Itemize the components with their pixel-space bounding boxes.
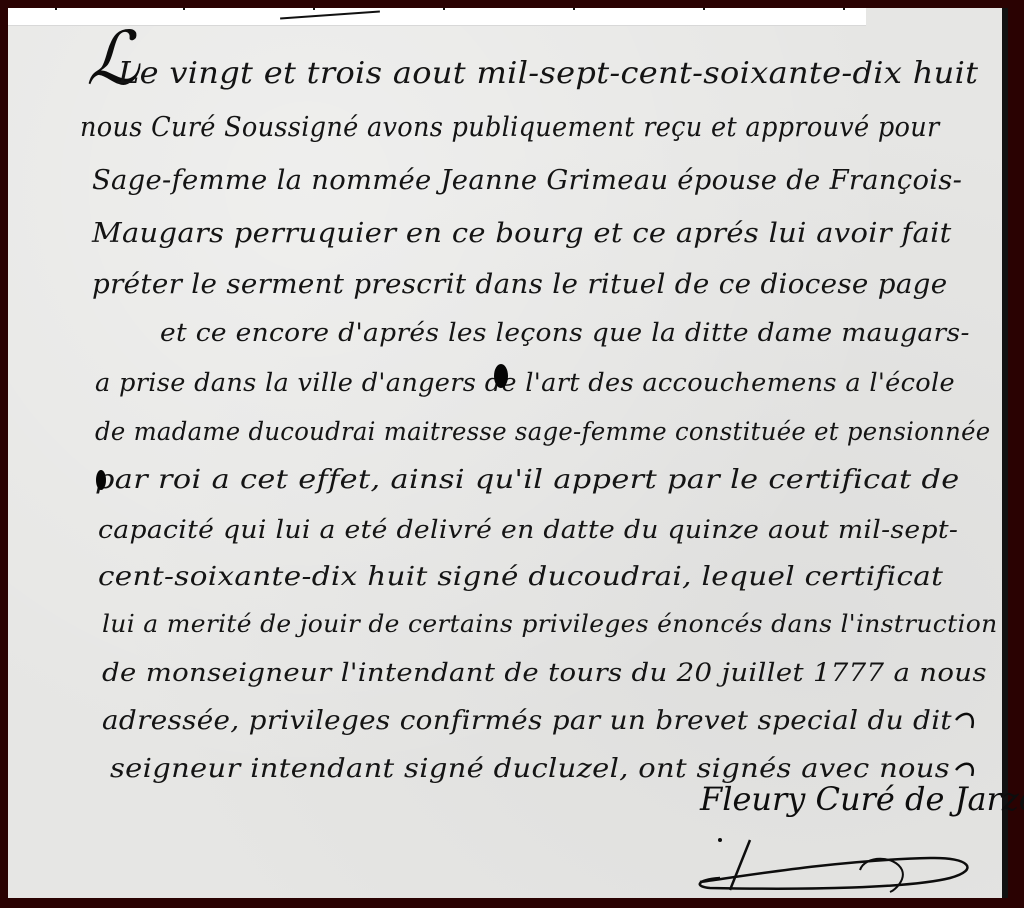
text-line-2: nous Curé Soussigné avons publiquement r… bbox=[80, 112, 940, 143]
ink-blot bbox=[96, 470, 106, 490]
text-line-10: capacité qui lui a eté delivré en datte … bbox=[98, 515, 958, 544]
ink-blot bbox=[494, 364, 508, 388]
strip-tick bbox=[703, 8, 705, 10]
text-line-7: a prise dans la ville d'angers de l'art … bbox=[95, 368, 955, 397]
text-line-5: préter le serment prescrit dans le ritue… bbox=[92, 269, 948, 300]
text-line-8: de madame ducoudrai maitresse sage-femme… bbox=[95, 417, 990, 446]
strip-tick bbox=[843, 8, 845, 10]
strip-tick bbox=[183, 8, 185, 10]
strip-tick bbox=[55, 8, 57, 10]
text-line-4: Maugars perruquier en ce bourg et ce apr… bbox=[92, 218, 952, 249]
strip-tick bbox=[443, 8, 445, 10]
text-line-14: adressée, privileges confirmés par un br… bbox=[102, 706, 952, 736]
text-line-9: par roi a cet effet, ainsi qu'il appert … bbox=[95, 465, 960, 495]
page-edge-shadow bbox=[1002, 8, 1008, 898]
text-line-6: et ce encore d'aprés les leçons que la d… bbox=[160, 318, 970, 347]
text-line-13: de monseigneur l'intendant de tours du 2… bbox=[102, 658, 987, 687]
line-end-flourish-icon bbox=[952, 706, 982, 776]
text-line-11: cent-soixante-dix huit signé ducoudrai, … bbox=[98, 562, 943, 592]
text-line-3: Sage-femme la nommée Jeanne Grimeau épou… bbox=[92, 165, 962, 196]
text-line-12: lui a merité de jouir de certains privil… bbox=[102, 610, 998, 638]
signature: Fleury Curé de Jarzé bbox=[700, 780, 1024, 818]
strip-tick bbox=[573, 8, 575, 10]
text-line-1: Le vingt et trois aout mil-sept-cent-soi… bbox=[118, 56, 978, 91]
signature-flourish-icon bbox=[690, 820, 990, 900]
strip-tick bbox=[313, 8, 315, 10]
